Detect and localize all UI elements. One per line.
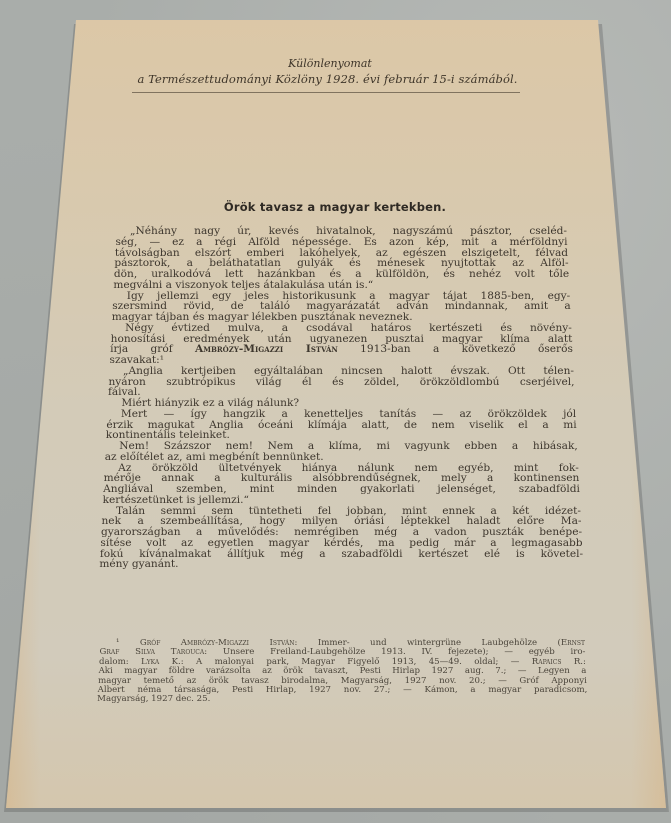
author-name: Ambrózy-Migazzi István [195, 343, 338, 355]
body-line: kertészetünket is jellemzi.“ [103, 495, 249, 506]
header-divider [132, 92, 520, 93]
body-line: Miért hiányzik ez a világ nálunk? [121, 398, 299, 409]
body-line: „Néhány nagy úr, kevés hivatalnok, nagys… [130, 226, 567, 237]
body-line: az előítélet az, ami megbénít bennünket. [105, 452, 324, 463]
body-line: Mert — így hangzik a kenetteljes tanítás… [121, 409, 576, 420]
offprint-label: Különlenyomat [120, 57, 540, 70]
body-line: Négy évtized mulva, a csodával határos k… [125, 323, 572, 334]
journal-source: a Természettudományi Közlöny 1928. évi f… [130, 72, 525, 86]
footnote-line: Magyarság, 1927 dec. 25. [97, 694, 210, 705]
body-line: nyáron szubtrópikus világ él és zöldel, … [108, 377, 574, 388]
body-line: magyar tájban és magyar lélekben pusztán… [112, 312, 413, 323]
body-line: Angliával szemben, mint minden gyakorlat… [103, 484, 580, 495]
body-line: sítése volt az egyetlen magyar kérdés, m… [100, 538, 582, 549]
body-line: mény gyanánt. [99, 559, 178, 570]
body-line: ség, — ez a régi Alföld népessége. Es az… [115, 237, 567, 248]
body-line: gyarországban a művelődés: nemrégiben mé… [101, 527, 582, 538]
body-line: írja gróf Ambrózy-Migazzi István 1913-ba… [110, 344, 573, 355]
article-title: Örök tavasz a magyar kertekben. [150, 200, 520, 214]
body-line: Nem! Százszor nem! Nem a klíma, mi vagyu… [119, 441, 578, 452]
body-line: megválni a viszonyok teljes átalakulása … [113, 280, 373, 291]
body-line: dön, uralkodóvá lett hazánkban és a külf… [114, 269, 569, 280]
document-page: Különlenyomat a Természettudományi Közlö… [0, 0, 671, 823]
body-line: szavakat:¹ [110, 355, 164, 366]
body-line: „Anglia kertjeiben egyáltalában nincsen … [123, 366, 574, 377]
